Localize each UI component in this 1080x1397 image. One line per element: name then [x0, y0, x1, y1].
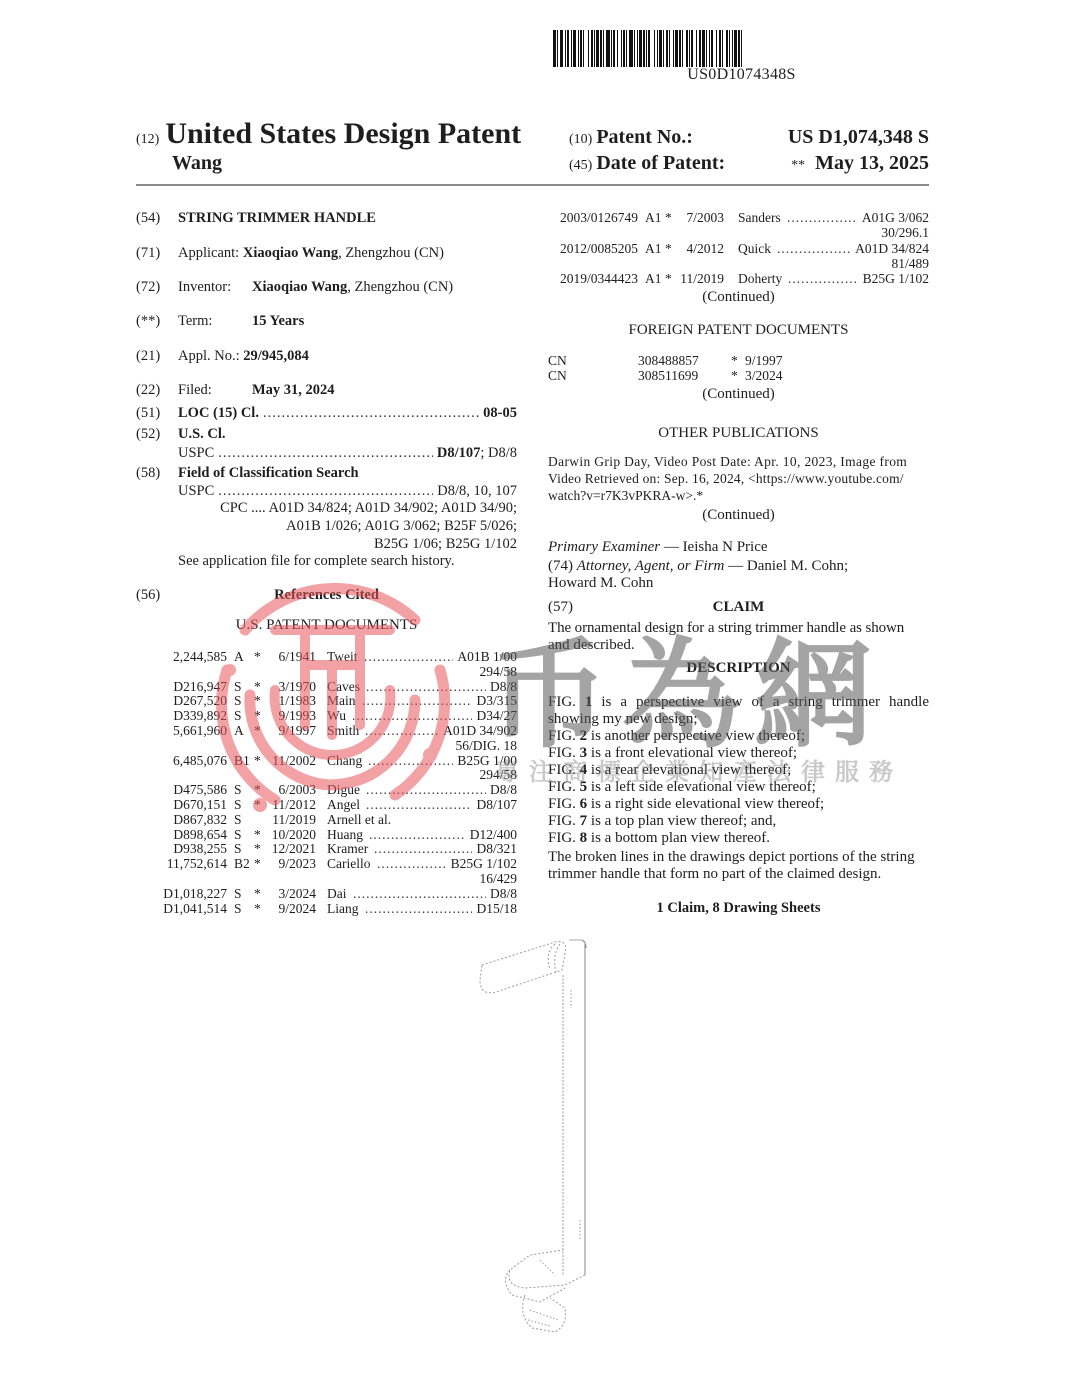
- ref-subclass: 30/296.1: [548, 225, 929, 241]
- inventor-field: Xiaoqiao Wang, Zhengzhou (CN): [252, 279, 453, 296]
- leader-dots: [362, 693, 472, 708]
- ref-subclass: 294/58: [150, 767, 517, 783]
- ref-number: D475,586: [150, 782, 227, 797]
- applicant-code: (71): [136, 245, 160, 262]
- loc-value: 08-05: [483, 405, 517, 422]
- ref-subclass: 81/489: [548, 256, 929, 272]
- ref-kind: A1: [645, 271, 662, 286]
- ref-date: 11/2002: [264, 753, 316, 768]
- search-history-note: See application file for complete search…: [178, 553, 454, 570]
- other-pub-line-2: Video Retrieved on: Sep. 16, 2024, <http…: [548, 471, 929, 487]
- ref-date: 10/2020: [264, 827, 316, 842]
- figure-description: FIG. 2 is another perspective view there…: [548, 728, 929, 745]
- ref-number: D938,255: [150, 841, 227, 856]
- leader-dots: [788, 271, 859, 286]
- leader-dots: [352, 708, 472, 723]
- filed-code: (22): [136, 382, 160, 399]
- ref-class: A01B 1/00: [457, 649, 517, 664]
- figure-description: FIG. 8 is a bottom plan view thereof.: [548, 830, 929, 847]
- applicant-location: , Zhengzhou (CN): [338, 245, 444, 261]
- ref-date: 9/2024: [264, 901, 316, 916]
- reference-row: 6,485,076B1*11/2002ChangB25G 1/00: [150, 753, 517, 768]
- ref-number: 11,752,614: [150, 856, 227, 871]
- ref-kind: A1: [645, 210, 662, 225]
- ref-number: 2003/0126749: [548, 210, 638, 225]
- leader-dots: [377, 856, 447, 871]
- uscl-code: (52): [136, 426, 160, 443]
- claim-heading: CLAIM: [548, 599, 929, 616]
- ref-star: *: [665, 210, 672, 225]
- leader-dots: [366, 782, 486, 797]
- leader-dots: [365, 901, 472, 916]
- foreign-star: *: [731, 353, 738, 368]
- term-label: Term:: [178, 313, 212, 330]
- ref-kind: S: [234, 693, 242, 708]
- ref-star: *: [254, 797, 261, 812]
- reference-row: 2012/0085205A1*4/2012QuickA01D 34/824: [548, 241, 929, 256]
- uspc-rest: ; D8/8: [480, 445, 517, 461]
- ref-name: Smith: [327, 723, 359, 738]
- leader-dots: [353, 886, 486, 901]
- ref-kind: S: [234, 841, 242, 856]
- appl-field: Appl. No.: 29/945,084: [178, 348, 309, 365]
- continued-3: (Continued): [548, 507, 929, 524]
- ref-number: D267,520: [150, 693, 227, 708]
- design-drawing-figure: [470, 930, 640, 1340]
- ref-name: Digue: [327, 782, 360, 797]
- cpc-line-2: A01B 1/026; A01G 3/062; B25F 5/026;: [178, 518, 517, 535]
- leader-dots: [777, 241, 851, 256]
- ref-date: 11/2019: [672, 271, 724, 286]
- ref-subclass: 56/DIG. 18: [150, 738, 517, 754]
- reference-row: D670,151S*11/2012AngelD8/107: [150, 797, 517, 812]
- broken-lines-note-1: The broken lines in the drawings depict …: [548, 849, 929, 866]
- ref-name: Tweit: [327, 649, 358, 664]
- ref-name: Quick: [738, 241, 771, 256]
- ref-number: D867,832: [150, 812, 227, 827]
- attorney-label: Attorney, Agent, or Firm: [577, 558, 725, 574]
- ref-class: D3/315: [477, 693, 518, 708]
- ref-star: *: [254, 708, 261, 723]
- ref-date: 7/2003: [672, 210, 724, 225]
- ref-class: D8/8: [490, 782, 517, 797]
- ref-star: *: [665, 241, 672, 256]
- appl-code: (21): [136, 348, 160, 365]
- reference-row: D267,520S*1/1983MainD3/315: [150, 693, 517, 708]
- ref-class: D8/107: [477, 797, 518, 812]
- ref-number: D670,151: [150, 797, 227, 812]
- ref-star: *: [254, 693, 261, 708]
- ref-date: 11/2012: [264, 797, 316, 812]
- appl-label: Appl. No.:: [178, 348, 240, 364]
- applicant-field: Applicant: Xiaoqiao Wang, Zhengzhou (CN): [178, 245, 444, 262]
- ref-star: *: [254, 856, 261, 871]
- ref-subclass: 294/58: [150, 664, 517, 680]
- ref-kind: A: [234, 723, 244, 738]
- reference-row: 5,661,960A*9/1997SmithA01D 34/902: [150, 723, 517, 738]
- type-code: (12): [136, 132, 159, 147]
- leader-dots: [366, 797, 472, 812]
- barcode-number: US0D1074348S: [553, 66, 930, 84]
- ref-date: 1/1983: [264, 693, 316, 708]
- ref-class: B25G 1/00: [457, 753, 517, 768]
- loc-classification: LOC (15) Cl.08-05: [178, 405, 517, 422]
- foreign-country: CN: [548, 353, 567, 368]
- uspc-main: D8/107: [437, 445, 481, 461]
- leader-dots: [368, 753, 453, 768]
- ref-class: D15/18: [477, 901, 518, 916]
- figure-description: FIG. 3 is a front elevational view there…: [548, 745, 929, 762]
- leader-dots: [374, 841, 472, 856]
- reference-row: D938,255S*12/2021KramerD8/321: [150, 841, 517, 856]
- attorney-name-2: Howard M. Cohn: [548, 575, 653, 592]
- term-code: (**): [136, 313, 160, 330]
- claim-line-2: and described.: [548, 637, 929, 654]
- ref-class: A01G 3/062: [862, 210, 929, 225]
- primary-examiner-name: — Ieisha N Price: [660, 539, 767, 555]
- ref-kind: S: [234, 886, 242, 901]
- primary-examiner: Primary Examiner — Ieisha N Price: [548, 539, 768, 556]
- patent-no-label: Patent No.:: [596, 126, 693, 148]
- foreign-reference-row: CN308511699*3/2024: [548, 368, 929, 383]
- ref-kind: S: [234, 827, 242, 842]
- applicant-name: Xiaoqiao Wang: [243, 245, 338, 261]
- us-patent-docs-heading: U.S. PATENT DOCUMENTS: [136, 617, 517, 634]
- claim-line-1: The ornamental design for a string trimm…: [548, 620, 929, 637]
- foreign-country: CN: [548, 368, 567, 383]
- cpc-line-3: B25G 1/06; B25G 1/102: [178, 536, 517, 553]
- ref-kind: A: [234, 649, 244, 664]
- foreign-date: 3/2024: [745, 368, 783, 383]
- figure-description: FIG. 6 is a right side elevational view …: [548, 796, 929, 813]
- other-pub-line-3: watch?v=r7K3vPKRA-w>.*: [548, 488, 703, 504]
- leader-dots: [787, 210, 858, 225]
- figure-description: FIG. 5 is a left side elevational view t…: [548, 779, 929, 796]
- ref-kind: B2: [234, 856, 250, 871]
- leader-dots: [365, 723, 439, 738]
- ref-date: 9/1993: [264, 708, 316, 723]
- term-value: 15 Years: [252, 313, 304, 330]
- ref-name: Liang: [327, 901, 359, 916]
- loc-label: LOC (15) Cl.: [178, 405, 259, 422]
- ref-subclass: 16/429: [150, 871, 517, 887]
- ref-star: *: [254, 723, 261, 738]
- ref-number: D1,041,514: [150, 901, 227, 916]
- date-code: (45): [569, 158, 592, 173]
- ref-number: D1,018,227: [150, 886, 227, 901]
- ref-star: *: [254, 841, 261, 856]
- ref-kind: A1: [645, 241, 662, 256]
- description-heading: DESCRIPTION: [548, 660, 929, 677]
- ref-name: Sanders: [738, 210, 781, 225]
- figure-description: showing my new design;: [548, 711, 929, 728]
- patent-type-title: (12)United States Design Patent: [136, 117, 521, 151]
- attorney-code: (74): [548, 558, 573, 574]
- figure-description: FIG. 1 is a perspective view of a string…: [548, 694, 929, 711]
- field-uspc-value: D8/8, 10, 107: [437, 483, 517, 500]
- foreign-date: 9/1997: [745, 353, 783, 368]
- ref-date: 9/1997: [264, 723, 316, 738]
- applicant-label: Applicant:: [178, 245, 239, 261]
- patent-type: United States Design Patent: [165, 117, 521, 150]
- continued-2: (Continued): [548, 386, 929, 403]
- references-heading: References Cited: [136, 587, 517, 604]
- inventor-name: Xiaoqiao Wang: [252, 279, 347, 295]
- ref-kind: S: [234, 708, 242, 723]
- foreign-docs-heading: FOREIGN PATENT DOCUMENTS: [548, 322, 929, 339]
- ref-number: D216,947: [150, 679, 227, 694]
- patent-date: May 13, 2025: [815, 152, 929, 174]
- ref-class: D34/27: [477, 708, 518, 723]
- ref-date: 6/1941: [264, 649, 316, 664]
- patent-date-row: (45)Date of Patent: **May 13, 2025: [569, 152, 929, 175]
- ref-date: 6/2003: [264, 782, 316, 797]
- title-code: (54): [136, 210, 160, 227]
- reference-row: 11,752,614B2*9/2023CarielloB25G 1/102: [150, 856, 517, 871]
- other-pub-line-1: Darwin Grip Day, Video Post Date: Apr. 1…: [548, 454, 929, 470]
- reference-row: D898,654S*10/2020HuangD12/400: [150, 827, 517, 842]
- ref-class: A01D 34/824: [855, 241, 929, 256]
- patent-number: US D1,074,348 S: [788, 126, 929, 149]
- ref-name: Chang: [327, 753, 362, 768]
- attorney: (74) Attorney, Agent, or Firm — Daniel M…: [548, 558, 848, 575]
- ref-date: 12/2021: [264, 841, 316, 856]
- broken-lines-note-2: trimmer handle that form no part of the …: [548, 866, 929, 883]
- inventor-code: (72): [136, 279, 160, 296]
- uspc-label: USPC: [178, 445, 214, 462]
- ref-star: *: [254, 649, 261, 664]
- continued-1: (Continued): [548, 289, 929, 306]
- figure-description: FIG. 7 is a top plan view thereof; and,: [548, 813, 929, 830]
- ref-name: Doherty: [738, 271, 782, 286]
- ref-kind: S: [234, 679, 242, 694]
- loc-code: (51): [136, 405, 160, 422]
- ref-number: 2012/0085205: [548, 241, 638, 256]
- field-code: (58): [136, 465, 160, 482]
- attorney-name-1: — Daniel M. Cohn;: [724, 558, 848, 574]
- ref-class: D8/8: [490, 679, 517, 694]
- ref-number: 6,485,076: [150, 753, 227, 768]
- barcode: [553, 30, 930, 67]
- inventor-location: , Zhengzhou (CN): [347, 279, 453, 295]
- ref-name: Main: [327, 693, 356, 708]
- reference-row: D867,832S11/2019Arnell et al.: [150, 812, 517, 827]
- patent-no-code: (10): [569, 132, 592, 147]
- ref-star: *: [254, 782, 261, 797]
- inventor-label: Inventor:: [178, 279, 231, 296]
- reference-row: D339,892S*9/1993WuD34/27: [150, 708, 517, 723]
- ref-class: A01D 34/902: [443, 723, 517, 738]
- ref-kind: S: [234, 812, 242, 827]
- ref-date: 3/2024: [264, 886, 316, 901]
- ref-date: 9/2023: [264, 856, 316, 871]
- claims-sheets-summary: 1 Claim, 8 Drawing Sheets: [548, 900, 929, 917]
- figure-description: FIG. 4 is a rear elevational view thereo…: [548, 762, 929, 779]
- ref-name: Huang: [327, 827, 363, 842]
- ref-star: *: [254, 827, 261, 842]
- field-uspc: USPCD8/8, 10, 107: [178, 483, 517, 500]
- uscl-label: U.S. Cl.: [178, 426, 226, 443]
- reference-row: 2003/0126749A1*7/2003SandersA01G 3/062: [548, 210, 929, 225]
- ref-class: D12/400: [470, 827, 517, 842]
- filed-label: Filed:: [178, 382, 212, 399]
- ref-kind: S: [234, 797, 242, 812]
- reference-row: D216,947S*3/1970CavesD8/8: [150, 679, 517, 694]
- ref-class: B25G 1/102: [451, 856, 517, 871]
- ref-kind: B1: [234, 753, 250, 768]
- appl-number: 29/945,084: [243, 348, 309, 364]
- foreign-star: *: [731, 368, 738, 383]
- ref-name: Kramer: [327, 841, 368, 856]
- date-mark: **: [791, 158, 805, 173]
- reference-row: 2019/0344423A1*11/2019DohertyB25G 1/102: [548, 271, 929, 286]
- ref-name: Cariello: [327, 856, 371, 871]
- ref-class: B25G 1/102: [863, 271, 929, 286]
- ref-star: *: [254, 901, 261, 916]
- field-uspc-label: USPC: [178, 483, 214, 500]
- ref-number: 5,661,960: [150, 723, 227, 738]
- ref-star: *: [254, 886, 261, 901]
- foreign-num: 308511699: [638, 368, 698, 383]
- leader-dots: [364, 649, 453, 664]
- ref-star: *: [254, 753, 261, 768]
- invention-title: STRING TRIMMER HANDLE: [178, 210, 376, 227]
- ref-class: D8/321: [477, 841, 518, 856]
- ref-kind: S: [234, 782, 242, 797]
- inventor-short-name: Wang: [172, 152, 222, 175]
- ref-number: 2,244,585: [150, 649, 227, 664]
- date-label: Date of Patent:: [596, 152, 725, 174]
- patent-number-row: (10)Patent No.: US D1,074,348 S: [569, 126, 929, 149]
- ref-number: D339,892: [150, 708, 227, 723]
- ref-number: D898,654: [150, 827, 227, 842]
- reference-row: D475,586S*6/2003DigueD8/8: [150, 782, 517, 797]
- reference-row: 2,244,585A*6/1941TweitA01B 1/00: [150, 649, 517, 664]
- uspc-classification: USPCD8/107; D8/8: [178, 445, 517, 462]
- foreign-num: 308488857: [638, 353, 699, 368]
- ref-name: Angel: [327, 797, 360, 812]
- ref-number: 2019/0344423: [548, 271, 638, 286]
- ref-name: Dai: [327, 886, 347, 901]
- reference-row: D1,041,514S*9/2024LiangD15/18: [150, 901, 517, 916]
- ref-name: Caves: [327, 679, 360, 694]
- other-publications-heading: OTHER PUBLICATIONS: [548, 425, 929, 442]
- ref-star: *: [665, 271, 672, 286]
- ref-star: *: [254, 679, 261, 694]
- ref-name: Arnell et al.: [327, 812, 391, 827]
- ref-date: 11/2019: [264, 812, 316, 827]
- ref-kind: S: [234, 901, 242, 916]
- cpc-line-1: CPC .... A01D 34/824; A01D 34/902; A01D …: [178, 500, 517, 517]
- ref-class: D8/8: [490, 886, 517, 901]
- foreign-reference-row: CN308488857*9/1997: [548, 353, 929, 368]
- reference-row: D1,018,227S*3/2024DaiD8/8: [150, 886, 517, 901]
- header-divider: [136, 184, 929, 186]
- filed-date: May 31, 2024: [252, 382, 335, 399]
- leader-dots: [366, 679, 486, 694]
- ref-date: 3/1970: [264, 679, 316, 694]
- field-label: Field of Classification Search: [178, 465, 359, 482]
- ref-name: Wu: [327, 708, 346, 723]
- primary-examiner-label: Primary Examiner: [548, 539, 660, 555]
- leader-dots: [369, 827, 466, 842]
- ref-date: 4/2012: [672, 241, 724, 256]
